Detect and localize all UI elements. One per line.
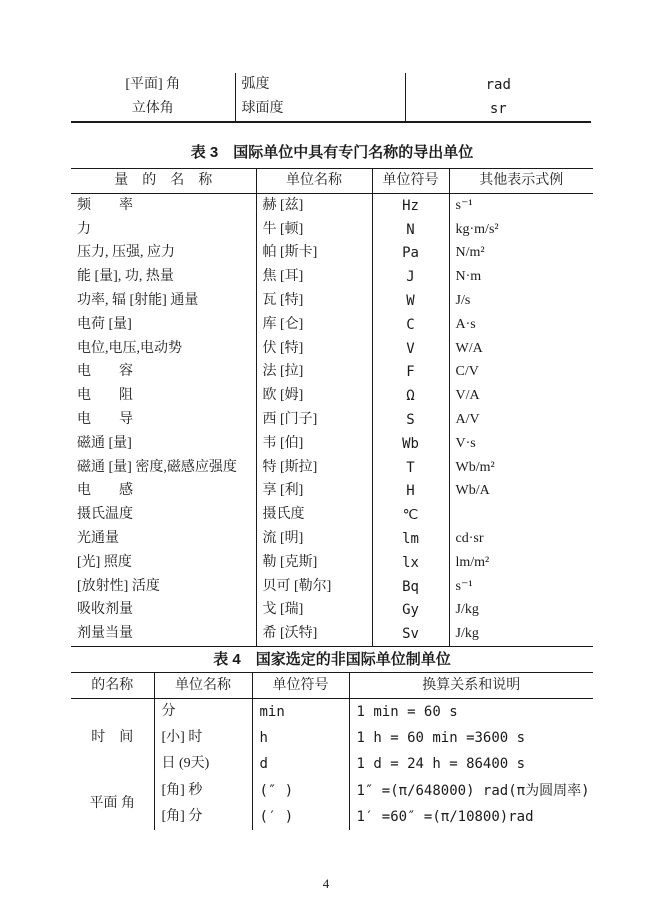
unit-symbol-cell: Hz: [372, 194, 449, 218]
unit-symbol-cell: C: [372, 313, 449, 337]
quantity-name-cell: 剂量当量: [71, 622, 256, 646]
table-row: 吸收剂量戈 [瑞]GyJ/kg: [71, 599, 593, 623]
unit-name-cell: 瓦 [特]: [256, 289, 372, 313]
unit-name-cell: [角] 秒: [154, 778, 252, 804]
unit-name-cell: 日 (9天): [154, 751, 252, 777]
table-row: 电 阻欧 [姆]ΩV/A: [71, 384, 593, 408]
unit-name-cell: 贝可 [勒尔]: [256, 575, 372, 599]
quantity-name-cell: 能 [量], 功, 热量: [71, 265, 256, 289]
table-row: 压力, 压强, 应力帕 [斯卡]PaN/m²: [71, 242, 593, 266]
unit-symbol-cell: Wb: [372, 432, 449, 456]
unit-name-cell: 流 [明]: [256, 527, 372, 551]
other-expression-cell: kg·m/s²: [449, 218, 593, 242]
page-number: 4: [0, 876, 652, 892]
other-expression-cell: s⁻¹: [449, 575, 593, 599]
unit-symbol-cell: d: [252, 751, 349, 777]
table-row: 平面 角[角] 秒(″ )1″ =(π/648000) rad(π为圆周率): [71, 778, 593, 804]
quantity-name-cell: 立体角: [71, 97, 235, 122]
unit-name-cell: 摄氏度: [256, 503, 372, 527]
column-header: 的名称: [71, 673, 154, 699]
table-row: 电位,电压,电动势伏 [特]VW/A: [71, 337, 593, 361]
quantity-name-cell: 摄氏温度: [71, 503, 256, 527]
quantity-name-cell: [放射性] 活度: [71, 575, 256, 599]
unit-name-cell: 西 [门子]: [256, 408, 372, 432]
unit-symbol-cell: rad: [405, 73, 591, 97]
table-row: [放射性] 活度贝可 [勒尔]Bqs⁻¹: [71, 575, 593, 599]
table4-header: 的名称单位名称单位符号换算关系和说明: [71, 673, 593, 699]
other-expression-cell: J/kg: [449, 622, 593, 646]
unit-name-cell: 享 [利]: [256, 480, 372, 504]
table-row: 电 导西 [门子]SA/V: [71, 408, 593, 432]
unit-symbol-cell: Bq: [372, 575, 449, 599]
unit-symbol-cell: h: [252, 725, 349, 751]
column-header: 单位名称: [154, 673, 252, 699]
quantity-name-cell: [平面] 角: [71, 73, 235, 97]
unit-symbol-cell: (″ ): [252, 778, 349, 804]
unit-symbol-cell: J: [372, 265, 449, 289]
other-expression-cell: N·m: [449, 265, 593, 289]
unit-symbol-cell: V: [372, 337, 449, 361]
other-expression-cell: Wb/A: [449, 480, 593, 504]
table-row: 电 容法 [拉]FC/V: [71, 361, 593, 385]
table-row: 摄氏温度摄氏度℃: [71, 503, 593, 527]
quantity-group-cell: 平面 角: [71, 778, 154, 830]
table-row: 频 率赫 [兹]Hzs⁻¹: [71, 194, 593, 218]
other-expression-cell: J/kg: [449, 599, 593, 623]
unit-name-cell: [小] 时: [154, 725, 252, 751]
quantity-name-cell: 磁通 [量] 密度,磁感应强度: [71, 456, 256, 480]
continuation-table-body: [平面] 角弧度rad立体角球面度sr: [71, 73, 591, 122]
unit-name-cell: [角] 分: [154, 804, 252, 830]
unit-symbol-cell: sr: [405, 97, 591, 122]
column-header: 单位符号: [252, 673, 349, 699]
unit-name-cell: 分: [154, 699, 252, 726]
table4-body: 时 间分min1 min = 60 s[小] 时h1 h = 60 min =3…: [71, 699, 593, 830]
other-expression-cell: cd·sr: [449, 527, 593, 551]
table4-header-row: 的名称单位名称单位符号换算关系和说明: [71, 673, 593, 699]
other-expression-cell: J/s: [449, 289, 593, 313]
continuation-table: [平面] 角弧度rad立体角球面度sr: [71, 73, 591, 123]
table3-derived-units: 量 的 名 称单位名称单位符号其他表示式例 频 率赫 [兹]Hzs⁻¹力牛 [顿…: [71, 168, 593, 647]
other-expression-cell: N/m²: [449, 242, 593, 266]
unit-name-cell: 伏 [特]: [256, 337, 372, 361]
unit-name-cell: 帕 [斯卡]: [256, 242, 372, 266]
table-row: [光] 照度勒 [克斯]lxlm/m²: [71, 551, 593, 575]
continuation-row: 立体角球面度sr: [71, 97, 591, 122]
quantity-name-cell: 光通量: [71, 527, 256, 551]
unit-name-cell: 牛 [顿]: [256, 218, 372, 242]
other-expression-cell: A/V: [449, 408, 593, 432]
unit-symbol-cell: T: [372, 456, 449, 480]
other-expression-cell: A·s: [449, 313, 593, 337]
unit-symbol-cell: Sv: [372, 622, 449, 646]
quantity-name-cell: 电 导: [71, 408, 256, 432]
quantity-name-cell: 电荷 [量]: [71, 313, 256, 337]
quantity-name-cell: 电 容: [71, 361, 256, 385]
unit-name-cell: 焦 [耳]: [256, 265, 372, 289]
quantity-name-cell: 频 率: [71, 194, 256, 218]
column-header: 量 的 名 称: [71, 169, 256, 194]
table3-header: 量 的 名 称单位名称单位符号其他表示式例: [71, 169, 593, 194]
table4-non-si-units: 的名称单位名称单位符号换算关系和说明 时 间分min1 min = 60 s[小…: [71, 672, 593, 830]
table-row: 力牛 [顿]Nkg·m/s²: [71, 218, 593, 242]
unit-name-cell: 韦 [伯]: [256, 432, 372, 456]
quantity-name-cell: 吸收剂量: [71, 599, 256, 623]
other-expression-cell: V·s: [449, 432, 593, 456]
unit-symbol-cell: (′ ): [252, 804, 349, 830]
column-header: 其他表示式例: [449, 169, 593, 194]
conversion-cell: 1″ =(π/648000) rad(π为圆周率): [349, 778, 593, 804]
quantity-name-cell: 磁通 [量]: [71, 432, 256, 456]
table-row: 功率, 辐 [射能] 通量瓦 [特]WJ/s: [71, 289, 593, 313]
quantity-name-cell: 压力, 压强, 应力: [71, 242, 256, 266]
quantity-name-cell: 力: [71, 218, 256, 242]
quantity-group-cell: 时 间: [71, 699, 154, 778]
other-expression-cell: C/V: [449, 361, 593, 385]
unit-name-cell: 库 [仑]: [256, 313, 372, 337]
table3-title: 表 3 国际单位中具有专门名称的导出单位: [71, 144, 593, 162]
quantity-name-cell: 功率, 辐 [射能] 通量: [71, 289, 256, 313]
unit-symbol-cell: min: [252, 699, 349, 726]
unit-symbol-cell: S: [372, 408, 449, 432]
unit-name-cell: 赫 [兹]: [256, 194, 372, 218]
quantity-name-cell: [光] 照度: [71, 551, 256, 575]
column-header: 换算关系和说明: [349, 673, 593, 699]
unit-name-cell: 弧度: [235, 73, 405, 97]
table3-body: 频 率赫 [兹]Hzs⁻¹力牛 [顿]Nkg·m/s²压力, 压强, 应力帕 […: [71, 194, 593, 647]
table-row: 磁通 [量]韦 [伯]WbV·s: [71, 432, 593, 456]
table-row: 电荷 [量]库 [仑]CA·s: [71, 313, 593, 337]
unit-name-cell: 勒 [克斯]: [256, 551, 372, 575]
unit-symbol-cell: Ω: [372, 384, 449, 408]
unit-name-cell: 特 [斯拉]: [256, 456, 372, 480]
document-page: [平面] 角弧度rad立体角球面度sr 表 3 国际单位中具有专门名称的导出单位…: [0, 0, 652, 921]
continuation-row: [平面] 角弧度rad: [71, 73, 591, 97]
unit-symbol-cell: ℃: [372, 503, 449, 527]
unit-symbol-cell: Pa: [372, 242, 449, 266]
unit-symbol-cell: W: [372, 289, 449, 313]
unit-name-cell: 球面度: [235, 97, 405, 122]
other-expression-cell: W/A: [449, 337, 593, 361]
column-header: 单位符号: [372, 169, 449, 194]
table-row: 磁通 [量] 密度,磁感应强度特 [斯拉]TWb/m²: [71, 456, 593, 480]
table-row: 光通量流 [明]lmcd·sr: [71, 527, 593, 551]
unit-symbol-cell: H: [372, 480, 449, 504]
other-expression-cell: [449, 503, 593, 527]
unit-symbol-cell: F: [372, 361, 449, 385]
conversion-cell: 1 d = 24 h = 86400 s: [349, 751, 593, 777]
column-header: 单位名称: [256, 169, 372, 194]
other-expression-cell: Wb/m²: [449, 456, 593, 480]
table-row: 能 [量], 功, 热量焦 [耳]JN·m: [71, 265, 593, 289]
table-row: 剂量当量希 [沃特]SvJ/kg: [71, 622, 593, 646]
table-row: 电 感享 [利]HWb/A: [71, 480, 593, 504]
unit-symbol-cell: N: [372, 218, 449, 242]
unit-name-cell: 法 [拉]: [256, 361, 372, 385]
other-expression-cell: s⁻¹: [449, 194, 593, 218]
conversion-cell: 1′ =60″ =(π/10800)rad: [349, 804, 593, 830]
unit-symbol-cell: lx: [372, 551, 449, 575]
unit-name-cell: 戈 [瑞]: [256, 599, 372, 623]
other-expression-cell: V/A: [449, 384, 593, 408]
quantity-name-cell: 电位,电压,电动势: [71, 337, 256, 361]
table4-title: 表 4 国家选定的非国际单位制单位: [71, 651, 593, 669]
conversion-cell: 1 min = 60 s: [349, 699, 593, 726]
unit-symbol-cell: Gy: [372, 599, 449, 623]
quantity-name-cell: 电 感: [71, 480, 256, 504]
table-row: 时 间分min1 min = 60 s: [71, 699, 593, 726]
unit-symbol-cell: lm: [372, 527, 449, 551]
conversion-cell: 1 h = 60 min =3600 s: [349, 725, 593, 751]
other-expression-cell: lm/m²: [449, 551, 593, 575]
unit-name-cell: 希 [沃特]: [256, 622, 372, 646]
table3-header-row: 量 的 名 称单位名称单位符号其他表示式例: [71, 169, 593, 194]
unit-name-cell: 欧 [姆]: [256, 384, 372, 408]
quantity-name-cell: 电 阻: [71, 384, 256, 408]
